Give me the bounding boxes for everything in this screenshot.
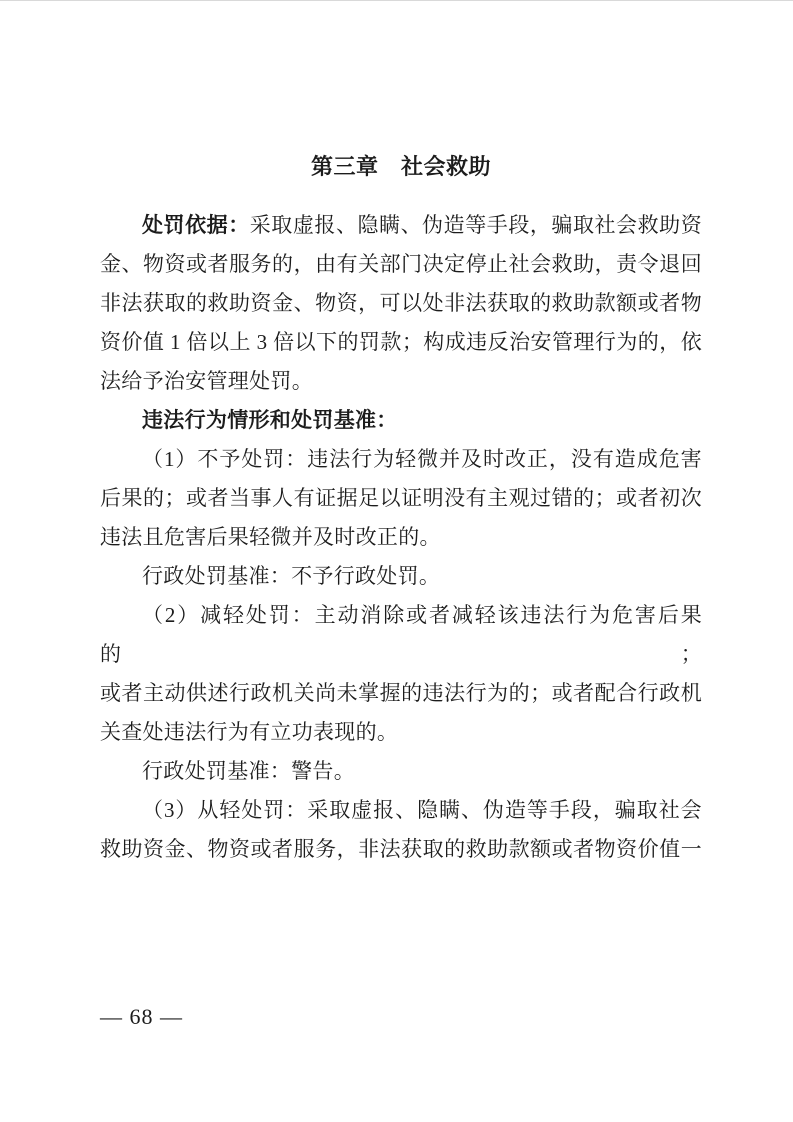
document-page: 第三章 社会救助 处罚依据：采取虚报、隐瞒、伪造等手段，骗取社会救助资 金、物资… [0,0,793,1122]
chapter-heading: 第三章 社会救助 [100,147,702,186]
penalty-basis-line: 金、物资或者服务的，由有关部门决定停止社会救助，责令退回 [100,245,702,284]
item-1-basis: 行政处罚基准：不予行政处罚。 [100,557,702,596]
page-number: — 68 — [100,1002,183,1032]
penalty-basis-text: 采取虚报、隐瞒、伪造等手段，骗取社会救助资 [250,213,702,237]
item-2-line: 或者主动供述行政机关尚未掌握的违法行为的；或者配合行政机 [100,674,702,713]
penalty-basis-line: 法给予治安管理处罚。 [100,362,702,401]
item-3-line: 救助资金、物资或者服务，非法获取的救助款额或者物资价值一 [100,830,702,869]
item-1-line: （1）不予处罚：违法行为轻微并及时改正，没有造成危害 [100,440,702,479]
criteria-heading: 违法行为情形和处罚基准： [100,401,702,440]
penalty-basis-line: 处罚依据：采取虚报、隐瞒、伪造等手段，骗取社会救助资 [100,206,702,245]
item-2-line: 关查处违法行为有立功表现的。 [100,713,702,752]
penalty-basis-label: 处罚依据： [142,214,250,237]
item-1-line: 后果的；或者当事人有证据足以证明没有主观过错的；或者初次 [100,479,702,518]
item-2-line: （2）减轻处罚：主动消除或者减轻该违法行为危害后果的； [100,596,702,674]
penalty-basis-line: 非法获取的救助资金、物资，可以处非法获取的救助款额或者物 [100,284,702,323]
item-3-line: （3）从轻处罚：采取虚报、隐瞒、伪造等手段，骗取社会 [100,791,702,830]
item-1-line: 违法且危害后果轻微并及时改正的。 [100,518,702,557]
penalty-basis-line: 资价值 1 倍以上 3 倍以下的罚款；构成违反治安管理行为的，依 [100,323,702,362]
item-2-basis: 行政处罚基准：警告。 [100,752,702,791]
document-body: 第三章 社会救助 处罚依据：采取虚报、隐瞒、伪造等手段，骗取社会救助资 金、物资… [100,147,702,869]
